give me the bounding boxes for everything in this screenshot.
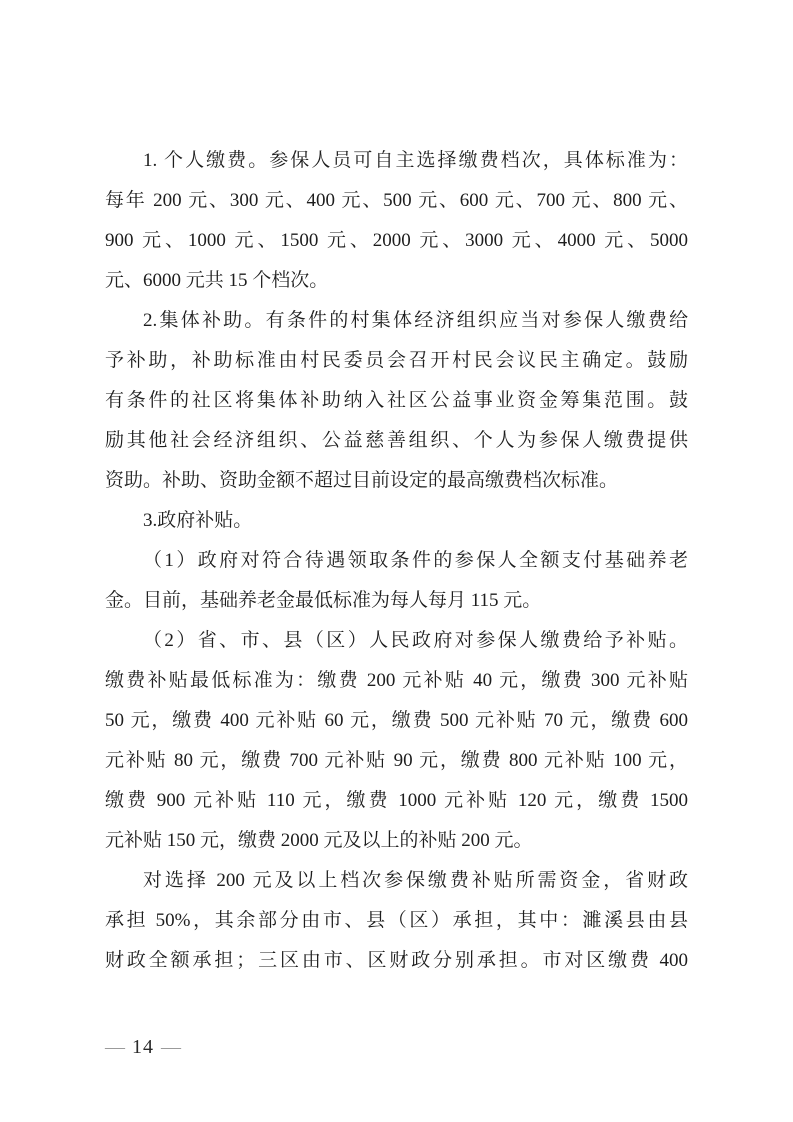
text-line: 900 元、1000 元、1500 元、2000 元、3000 元、4000 元… bbox=[105, 221, 688, 261]
paragraph-individual-contribution: 1. 个人缴费。参保人员可自主选择缴费档次，具体标准为： 每年 200 元、30… bbox=[105, 141, 688, 301]
text-line: 财政全额承担；三区由市、区财政分别承担。市对区缴费 400 bbox=[105, 941, 688, 981]
paragraph-basic-pension: （1）政府对符合待遇领取条件的参保人全额支付基础养老 金。目前，基础养老金最低标… bbox=[105, 541, 688, 621]
text-line: 励其他社会经济组织、公益慈善组织、个人为参保人缴费提供 bbox=[105, 421, 688, 461]
paragraph-government-subsidy-heading: 3.政府补贴。 bbox=[105, 501, 688, 541]
text-line: 承担 50%，其余部分由市、县（区）承担，其中：濉溪县由县 bbox=[105, 901, 688, 941]
paragraph-collective-subsidy: 2.集体补助。有条件的村集体经济组织应当对参保人缴费给 予补助，补助标准由村民委… bbox=[105, 301, 688, 501]
text-line: 1. 个人缴费。参保人员可自主选择缴费档次，具体标准为： bbox=[105, 141, 688, 181]
paragraph-funding-split: 对选择 200 元及以上档次参保缴费补贴所需资金，省财政 承担 50%，其余部分… bbox=[105, 861, 688, 981]
text-line: 资助。补助、资助金额不超过目前设定的最高缴费档次标准。 bbox=[105, 461, 688, 501]
text-line: 元补贴 150 元，缴费 2000 元及以上的补贴 200 元。 bbox=[105, 821, 688, 861]
text-line: （1）政府对符合待遇领取条件的参保人全额支付基础养老 bbox=[105, 541, 688, 581]
text-line: 有条件的社区将集体补助纳入社区公益事业资金筹集范围。鼓 bbox=[105, 381, 688, 421]
text-line: 缴费 900 元补贴 110 元，缴费 1000 元补贴 120 元，缴费 15… bbox=[105, 781, 688, 821]
text-line: 2.集体补助。有条件的村集体经济组织应当对参保人缴费给 bbox=[105, 301, 688, 341]
text-line: 对选择 200 元及以上档次参保缴费补贴所需资金，省财政 bbox=[105, 861, 688, 901]
text-line: 金。目前，基础养老金最低标准为每人每月 115 元。 bbox=[105, 581, 688, 621]
text-line: 元补贴 80 元，缴费 700 元补贴 90 元，缴费 800 元补贴 100 … bbox=[105, 741, 688, 781]
paragraph-contribution-subsidy: （2）省、市、县（区）人民政府对参保人缴费给予补贴。 缴费补贴最低标准为：缴费 … bbox=[105, 621, 688, 861]
footer-dash-left: — bbox=[105, 1036, 125, 1058]
footer-dash-right: — bbox=[161, 1036, 181, 1058]
document-body: 1. 个人缴费。参保人员可自主选择缴费档次，具体标准为： 每年 200 元、30… bbox=[105, 141, 688, 981]
text-line: 缴费补贴最低标准为：缴费 200 元补贴 40 元，缴费 300 元补贴 bbox=[105, 661, 688, 701]
text-line: （2）省、市、县（区）人民政府对参保人缴费给予补贴。 bbox=[105, 621, 688, 661]
page-footer: —14— bbox=[105, 1033, 181, 1061]
text-line: 3.政府补贴。 bbox=[105, 501, 688, 541]
text-line: 元、6000 元共 15 个档次。 bbox=[105, 261, 688, 301]
text-line: 每年 200 元、300 元、400 元、500 元、600 元、700 元、8… bbox=[105, 181, 688, 221]
document-page: 1. 个人缴费。参保人员可自主选择缴费档次，具体标准为： 每年 200 元、30… bbox=[0, 0, 793, 1122]
page-number: 14 bbox=[132, 1036, 154, 1058]
text-line: 予补助，补助标准由村民委员会召开村民会议民主确定。鼓励 bbox=[105, 341, 688, 381]
text-line: 50 元，缴费 400 元补贴 60 元，缴费 500 元补贴 70 元，缴费 … bbox=[105, 701, 688, 741]
